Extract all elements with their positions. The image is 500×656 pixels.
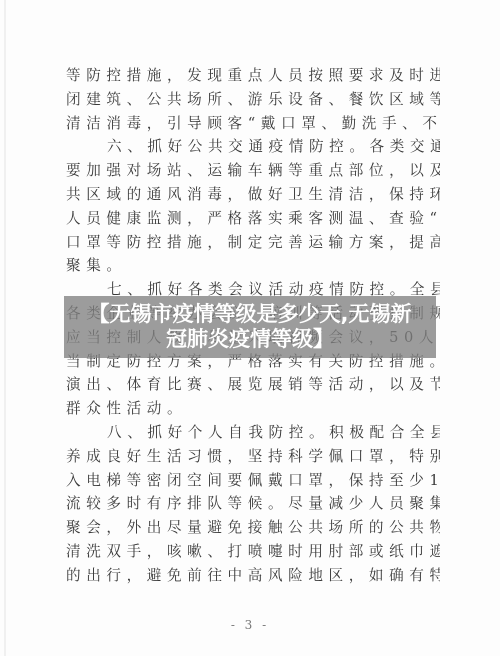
section-heading-line: 六、抓好公共交通疫情防控。各类交通运输企业和经营主体 [66,135,440,159]
text-line: 等防控措施，发现重点人员按照要求及时进行处置。要及时对密 [66,64,440,88]
title-banner-overlay: 【无锡市疫情等级是多少天,无锡新冠肺炎疫情等级】 [64,296,436,358]
document-page: 等防控措施，发现重点人员按照要求及时进行处置。要及时对密闭建筑、公共场所、游乐设… [0,0,500,656]
text-line: 养成良好生活习惯，坚持科学佩口罩，特别是前往公共场所、进 [66,445,440,469]
text-line: 聚会，外出尽量避免接触公共场所的公共物品，接触之后要及时 [66,516,440,540]
text-line: 演出、体育比赛、展览展销等活动，以及节日祈福、庙会灯会等 [66,373,440,397]
text-line: 口罩等防控措施，制定完善运输方案，提高疏运能力，减少旅客 [66,231,440,255]
text-line: 群众性活动。 [66,397,440,421]
text-line: 人员健康监测，严格落实乘客测温、查验“健康码”，全程佩戴 [66,207,440,231]
text-line: 要加强对场站、运输车辆等重点部位，以及卫生间、门把手等公 [66,159,440,183]
page-edge-shadow [4,0,6,656]
text-line: 流较多时有序排队等候。尽量减少人员聚集活动，减少外出聚餐、 [66,492,440,516]
text-line: 聚集。 [66,254,440,278]
text-line: 闭建筑、公共场所、游乐设备、餐饮区域等进行通风换气，加强 [66,88,440,112]
section-heading-line: 八、抓好个人自我防控。积极配合全县疫情防控工作开展， [66,421,440,445]
text-line: 入电梯等密闭空间要佩戴口罩，保持至少1米以上安全距离，客 [66,469,440,493]
banner-title: 【无锡市疫情等级是多少天,无锡新冠肺炎疫情等级】 [80,302,420,352]
text-line: 清洁消毒，引导顾客“戴口罩、勤洗手、不扎堆”做好个人防护。 [66,112,440,136]
text-line: 的出行，避免前往中高风险地区，如确有特殊原因前往中高风险 [66,564,440,588]
text-line: 清洗双手，咳嗽、打喷嚏时用肘部或纸巾遮掩。尽量减少不必要 [66,540,440,564]
page-number: - 3 - [0,618,500,632]
text-line: 共区域的通风消毒，做好卫生清洁，保持环境卫生。要加强从业 [66,183,440,207]
